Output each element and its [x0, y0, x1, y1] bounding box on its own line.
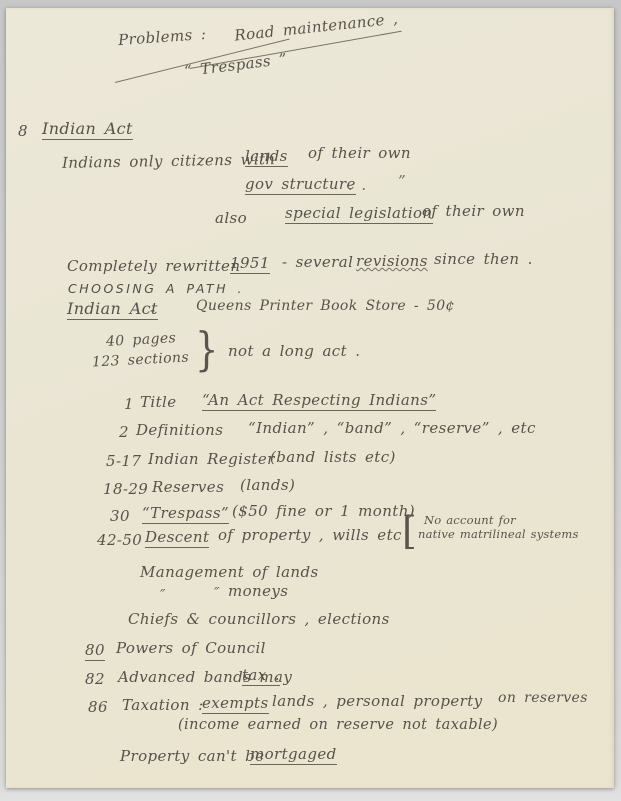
- word-moneys: moneys: [228, 582, 288, 600]
- line-act-source: Queens Printer Book Store - 50¢: [196, 298, 455, 314]
- provision-detail: ($50 fine or 1 month): [232, 502, 415, 520]
- provision-detail: of property , wills etc: [218, 526, 402, 544]
- line-powers-of-council: Powers of Council: [116, 639, 266, 657]
- brace-glyph: }: [195, 322, 219, 376]
- provision-detail: (band lists etc): [270, 448, 396, 466]
- year-1951: 1951: [230, 254, 270, 274]
- line-income-not-taxable: (income earned on reserve not taxable): [178, 717, 498, 733]
- word-revisions: revisions: [356, 252, 428, 270]
- ditto-marks: . .: [348, 176, 367, 194]
- header-road-maintenance: Road maintenance ,: [234, 9, 399, 44]
- section-title: Indian Act: [42, 119, 133, 140]
- word-tax: tax .: [242, 666, 280, 686]
- provision-detail: “Indian” , “band” , “reserve” , etc: [248, 419, 536, 437]
- provision-num: 18-29: [103, 480, 148, 498]
- bracket-glyph: [: [402, 509, 417, 553]
- line-on-reserves: on reserves: [498, 690, 588, 706]
- line-special-legislation: special legislation: [285, 204, 433, 224]
- bracket-note-line2: native matrilineal systems: [418, 527, 579, 541]
- line-sections: 123 sections: [92, 349, 190, 370]
- section-82-num: 82: [85, 670, 105, 688]
- line-taxation-detail: lands , personal property: [272, 692, 483, 710]
- word-also: also: [215, 209, 247, 227]
- line-taxation-label: Taxation :: [122, 696, 204, 714]
- line-indian-act: Indian Act: [67, 299, 158, 320]
- provision-label: Reserves: [152, 478, 224, 496]
- line-rewritten: Completely rewritten: [67, 257, 240, 275]
- line-gov-structure: gov structure: [245, 175, 356, 195]
- provision-label: “Trespass”: [142, 504, 229, 524]
- provision-num: 5-17: [106, 452, 141, 470]
- provision-label: Title: [140, 393, 177, 411]
- line-special-tail: of their own: [422, 202, 525, 220]
- provision-num: 1: [124, 395, 134, 413]
- line-citizens-tail: of their own: [308, 144, 411, 162]
- provision-num: 42-50: [97, 531, 142, 549]
- line-management-lands: Management of lands: [140, 563, 319, 581]
- provision-detail: “An Act Respecting Indians”: [202, 391, 436, 411]
- provision-label: Descent: [145, 528, 209, 548]
- provision-label: Indian Register: [148, 450, 275, 468]
- ditto-mark: ″: [160, 586, 166, 604]
- line-rewritten-mid: - several: [282, 253, 353, 271]
- word-mortgaged: mortgaged: [250, 745, 337, 765]
- line-pages: 40 pages: [106, 330, 177, 350]
- dash: -: [150, 301, 155, 319]
- notebook-page: Problems : Road maintenance , “ Trespass…: [6, 8, 614, 788]
- ditto-mark: ″: [214, 584, 220, 602]
- provision-num: 2: [119, 423, 129, 441]
- word-lands: lands: [245, 147, 288, 167]
- ditto-mark: ”: [398, 172, 406, 190]
- line-property-mortgage: Property can't be: [120, 747, 264, 765]
- provision-num: 30: [110, 507, 130, 525]
- provision-detail: (lands): [240, 476, 295, 494]
- line-chiefs-councillors: Chiefs & councillors , elections: [128, 610, 390, 628]
- line-citizens: Indians only citizens with: [62, 150, 276, 172]
- provision-label: Definitions: [136, 421, 223, 439]
- word-exempts: exempts: [202, 694, 269, 714]
- header-problems-label: Problems :: [117, 25, 206, 49]
- bracket-note-line1: No account for: [424, 513, 516, 527]
- section-80-num: 80: [85, 641, 105, 661]
- section-number: 8: [18, 122, 28, 140]
- line-choosing-a-path: CHOOSING A PATH .: [68, 281, 244, 296]
- line-not-long-act: not a long act .: [228, 342, 360, 360]
- section-86-num: 86: [88, 698, 108, 716]
- line-rewritten-tail: since then .: [434, 250, 533, 268]
